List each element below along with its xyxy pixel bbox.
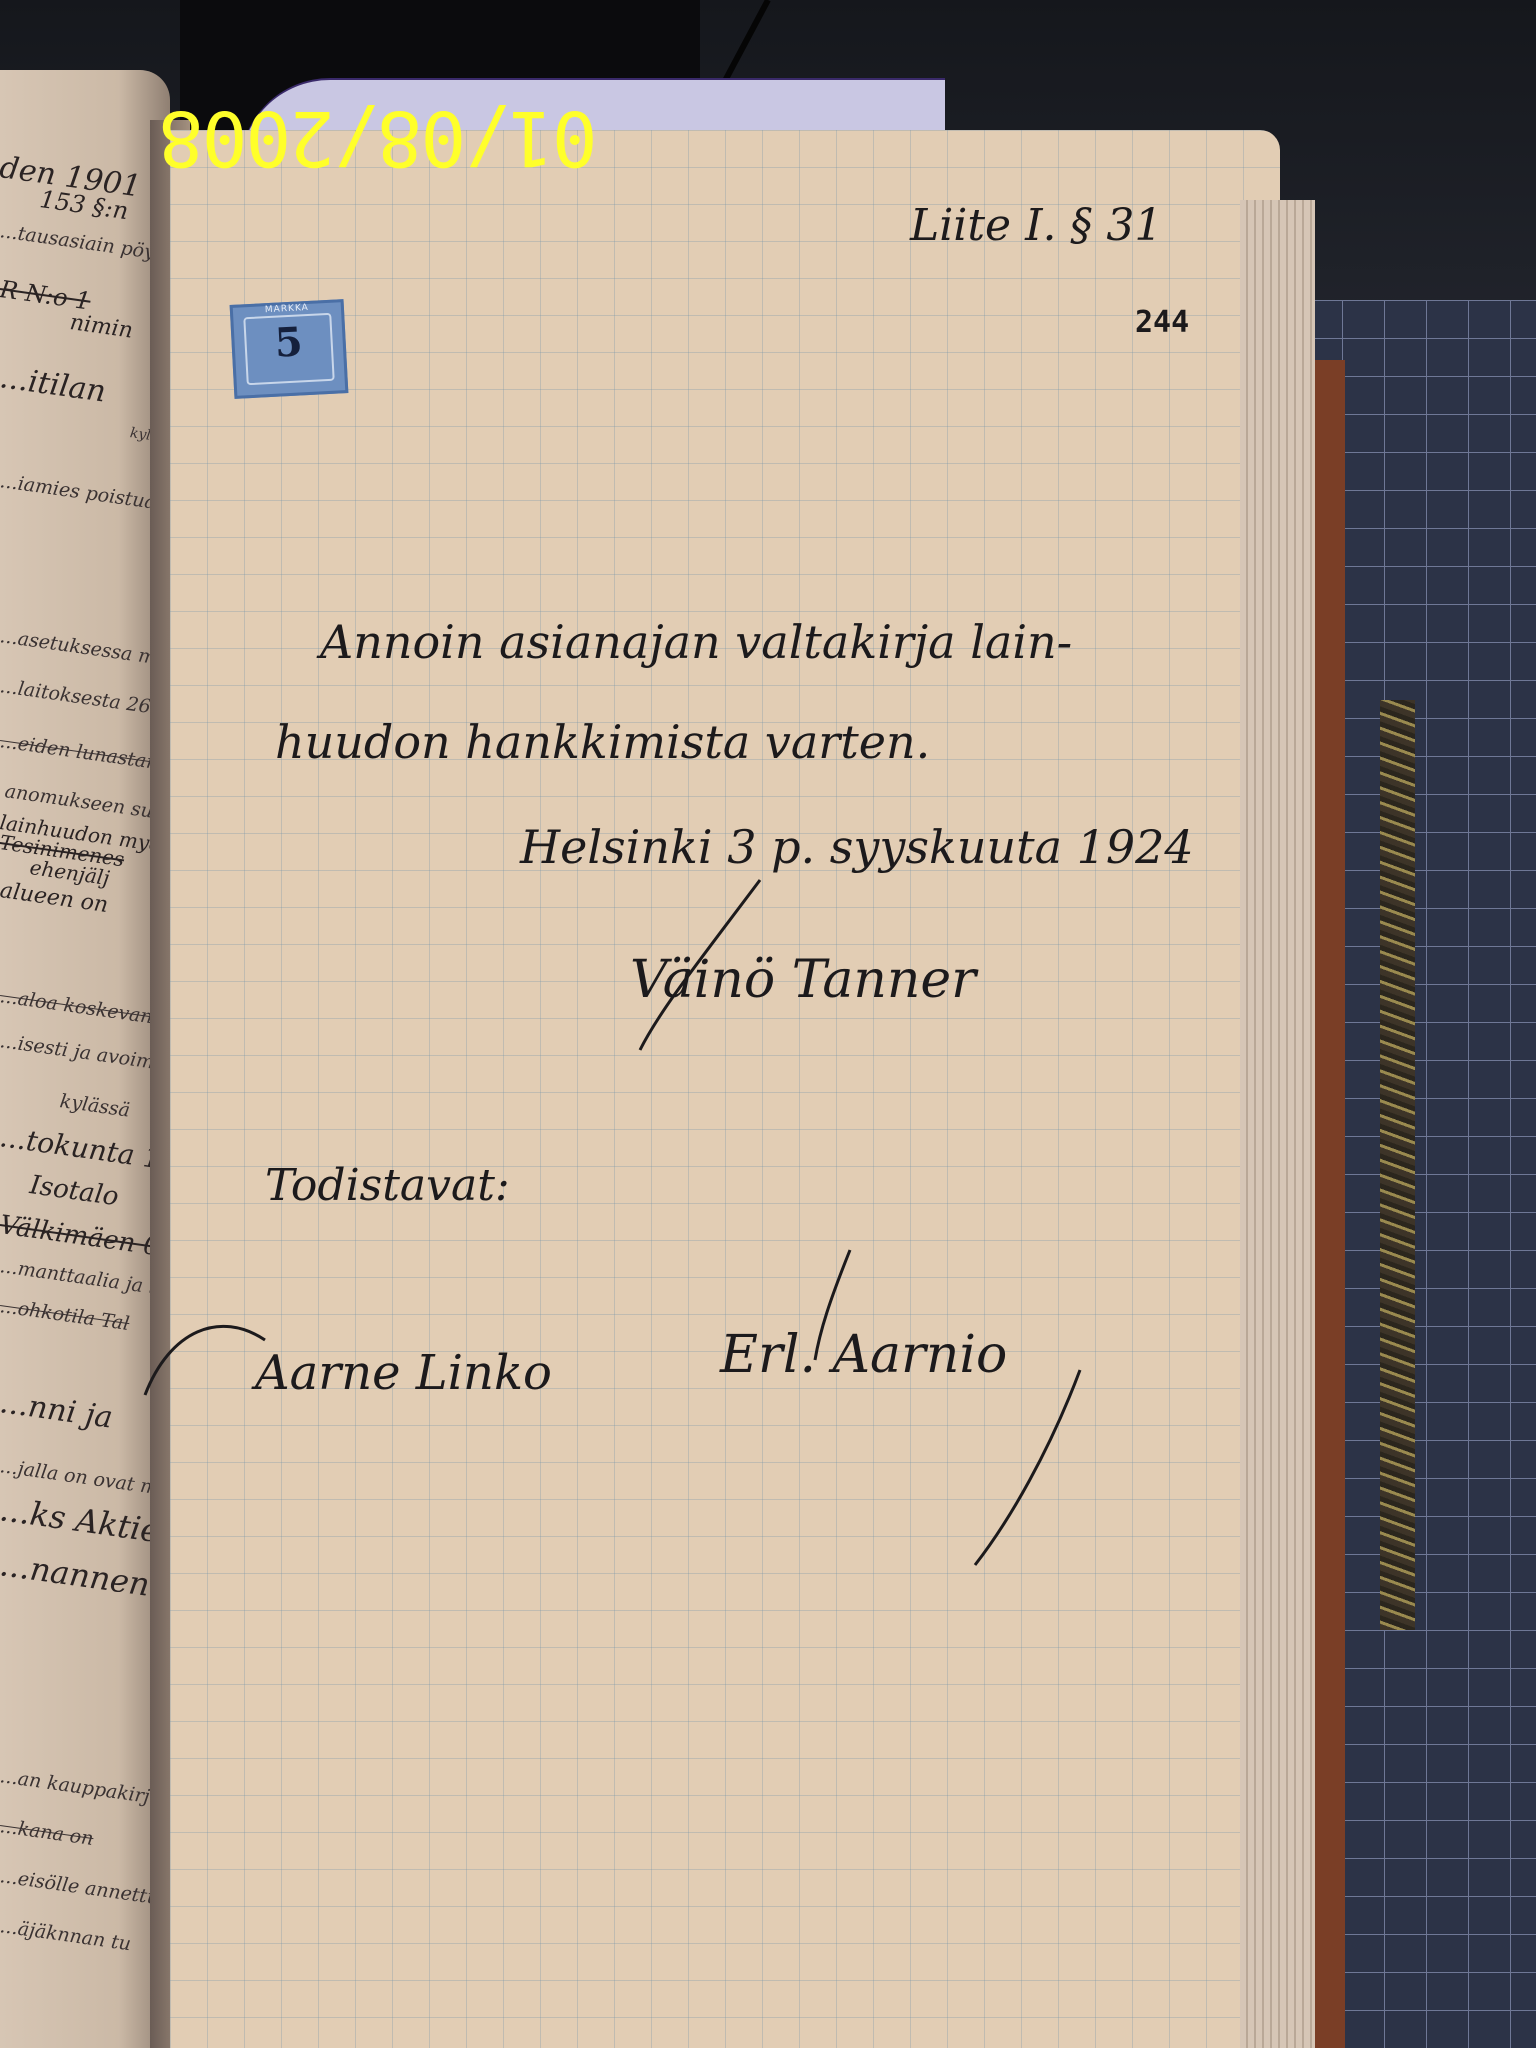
signature-flourishes	[0, 0, 1536, 2048]
photo-date-stamp: 01/08/2008	[160, 100, 598, 176]
